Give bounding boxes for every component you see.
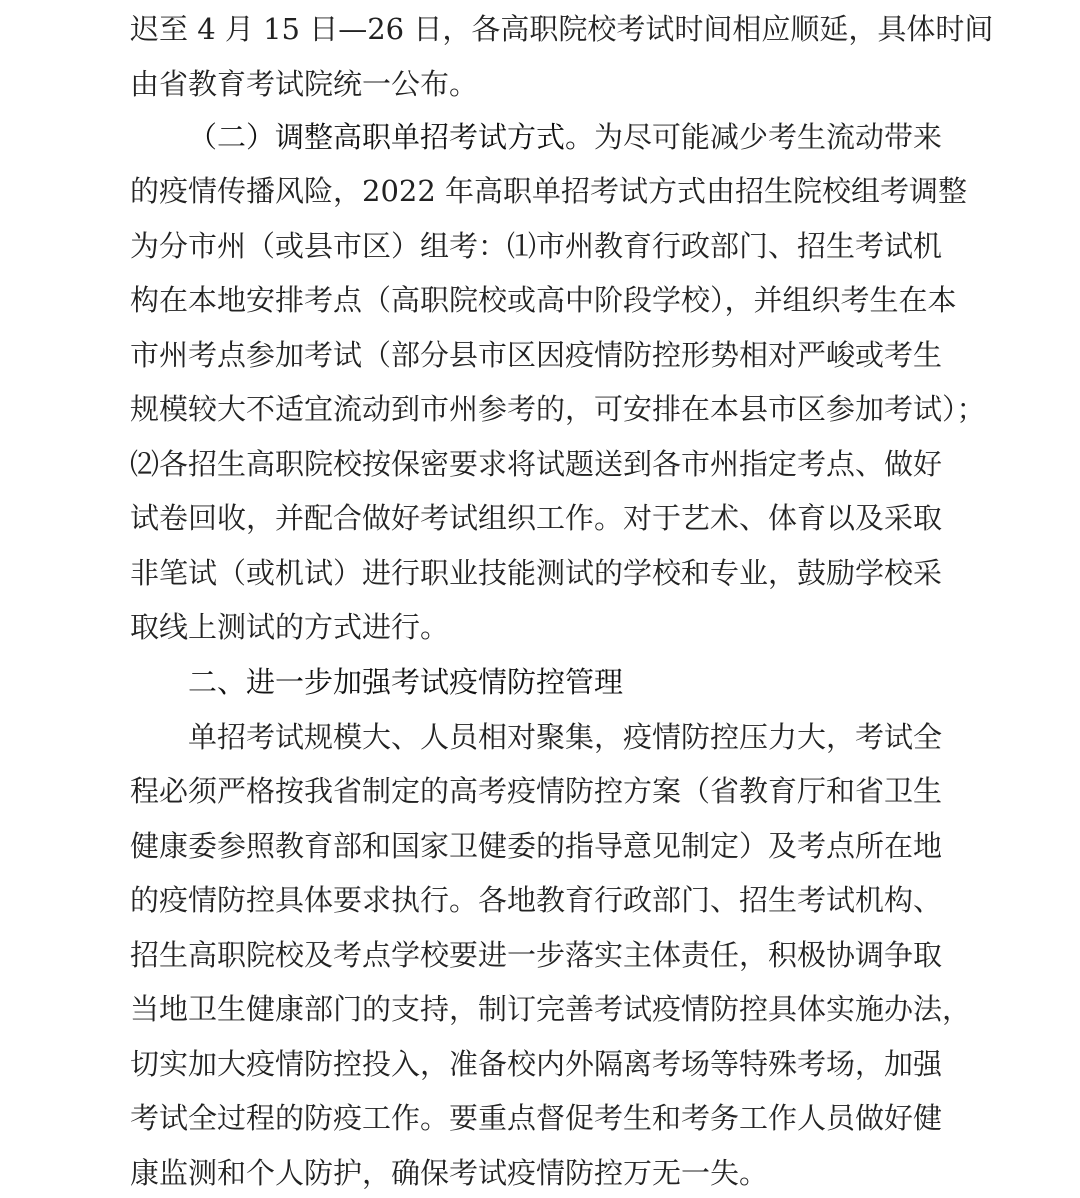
text-line: 考试全过程的防疫工作。要重点督促考生和考务工作人员做好健 xyxy=(130,1091,942,1145)
text-line: 的疫情传播风险，2022 年高职单招考试方式由招生院校组考调整 xyxy=(130,164,967,218)
text-line: 为分市州（或县市区）组考：⑴市州教育行政部门、招生考试机 xyxy=(130,219,942,273)
text-line: 程必须严格按我省制定的高考疫情防控方案（省教育厅和省卫生 xyxy=(130,764,942,818)
text-line: 切实加大疫情防控投入，准备校内外隔离考场等特殊考场，加强 xyxy=(130,1037,942,1091)
text-line: 构在本地安排考点（高职院校或高中阶段学校），并组织考生在本 xyxy=(130,273,957,327)
text-line: ⑵各招生高职院校按保密要求将试题送到各市州指定考点、做好 xyxy=(130,437,942,491)
text-line: 由省教育考试院统一公布。 xyxy=(130,57,478,111)
text-line: 市州考点参加考试（部分县市区因疫情防控形势相对严峻或考生 xyxy=(130,328,942,382)
text-line: 单招考试规模大、人员相对聚集，疫情防控压力大，考试全 xyxy=(188,710,942,764)
subsection-heading: （二）调整高职单招考试方式。 xyxy=(188,120,594,154)
text-line: 康监测和个人防护，确保考试疫情防控万无一失。 xyxy=(130,1146,768,1198)
text-line: 健康委参照教育部和国家卫健委的指导意见制定）及考点所在地 xyxy=(130,819,942,873)
text-line: 迟至 4 月 15 日—26 日，各高职院校考试时间相应顺延，具体时间 xyxy=(130,2,993,56)
text-line: 非笔试（或机试）进行职业技能测试的学校和专业，鼓励学校采 xyxy=(130,546,942,600)
text-line: 取线上测试的方式进行。 xyxy=(130,600,449,654)
subsection-first-line: （二）调整高职单招考试方式。为尽可能减少考生流动带来 xyxy=(188,110,942,164)
text-line: 规模较大不适宜流动到市州参考的，可安排在本县市区参加考试）； xyxy=(130,382,986,436)
section-heading: 二、进一步加强考试疫情防控管理 xyxy=(188,655,623,709)
text-line: 的疫情防控具体要求执行。各地教育行政部门、招生考试机构、 xyxy=(130,873,942,927)
text-line: 当地卫生健康部门的支持，制订完善考试疫情防控具体实施办法， xyxy=(130,982,971,1036)
text-span: 为尽可能减少考生流动带来 xyxy=(594,120,942,154)
text-line: 招生高职院校及考点学校要进一步落实主体责任，积极协调争取 xyxy=(130,928,942,982)
text-line: 试卷回收，并配合做好考试组织工作。对于艺术、体育以及采取 xyxy=(130,491,942,545)
